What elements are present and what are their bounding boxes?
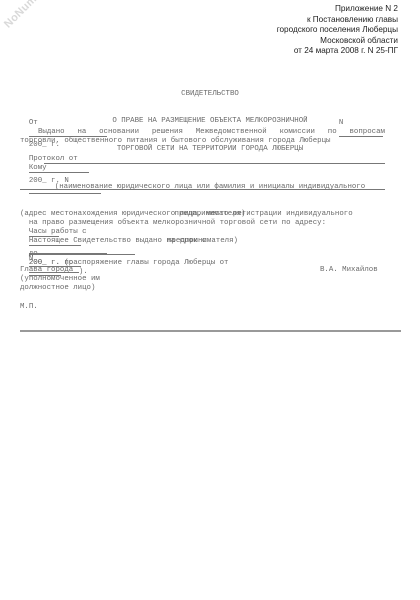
word: Выдано [38, 128, 65, 137]
word: Межведомственной [196, 128, 267, 137]
header-line: Московской области [277, 36, 398, 47]
header-line: к Постановлению главы [277, 15, 398, 26]
word: основании [99, 128, 139, 137]
issued-line-2: торговли, общественного питания и бытово… [20, 137, 330, 146]
signature-position: Глава города [20, 266, 73, 275]
word: по [328, 128, 337, 137]
title-line: СВИДЕТЕЛЬСТВО [0, 90, 420, 99]
from-label: От [29, 119, 38, 127]
order-number-label: N [29, 255, 33, 263]
appendix-header: Приложение N 2 к Постановлению главы гор… [277, 4, 398, 57]
signature-caption-2: должностное лицо) [20, 284, 95, 293]
number-label: N [339, 119, 343, 127]
word: решения [152, 128, 183, 137]
address-field[interactable] [20, 189, 385, 190]
header-line: Приложение N 2 [277, 4, 398, 15]
signature-name: В.А. Михайлов [320, 266, 378, 275]
issued-line-1: Выдано на основании решения Межведомстве… [38, 128, 385, 137]
bottom-divider [20, 330, 401, 332]
signature-caption-1: (уполномоченное им [20, 275, 100, 284]
word: вопросам [349, 128, 384, 137]
word: комиссии [280, 128, 315, 137]
seal-label: М.П. [20, 303, 38, 312]
header-line: от 24 марта 2008 г. N 25-ПГ [277, 46, 398, 57]
header-line: городского поселения Люберцы [277, 25, 398, 36]
word: на [77, 128, 86, 137]
watermark: NoNumber.ru [2, 0, 62, 30]
